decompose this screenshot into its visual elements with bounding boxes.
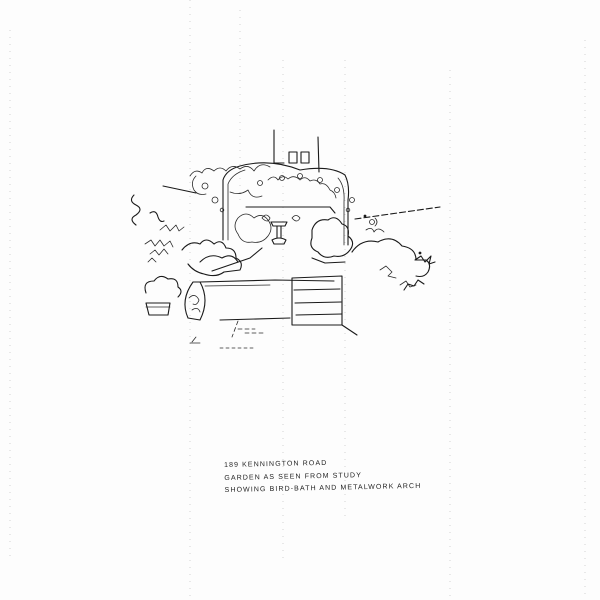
paving	[190, 318, 290, 348]
paper-sheet: 189 Kennington Road Garden as seen from …	[0, 0, 600, 600]
steps	[292, 276, 357, 335]
metalwork-arch	[220, 163, 350, 245]
planter	[145, 276, 181, 315]
urn	[185, 282, 205, 320]
right-foliage	[311, 215, 435, 290]
raised-beds	[200, 248, 345, 286]
scan-noise	[10, 0, 585, 600]
climbing-roses	[190, 165, 355, 203]
garden-sketch	[0, 0, 600, 600]
caption: 189 Kennington Road Garden as seen from …	[224, 456, 421, 498]
